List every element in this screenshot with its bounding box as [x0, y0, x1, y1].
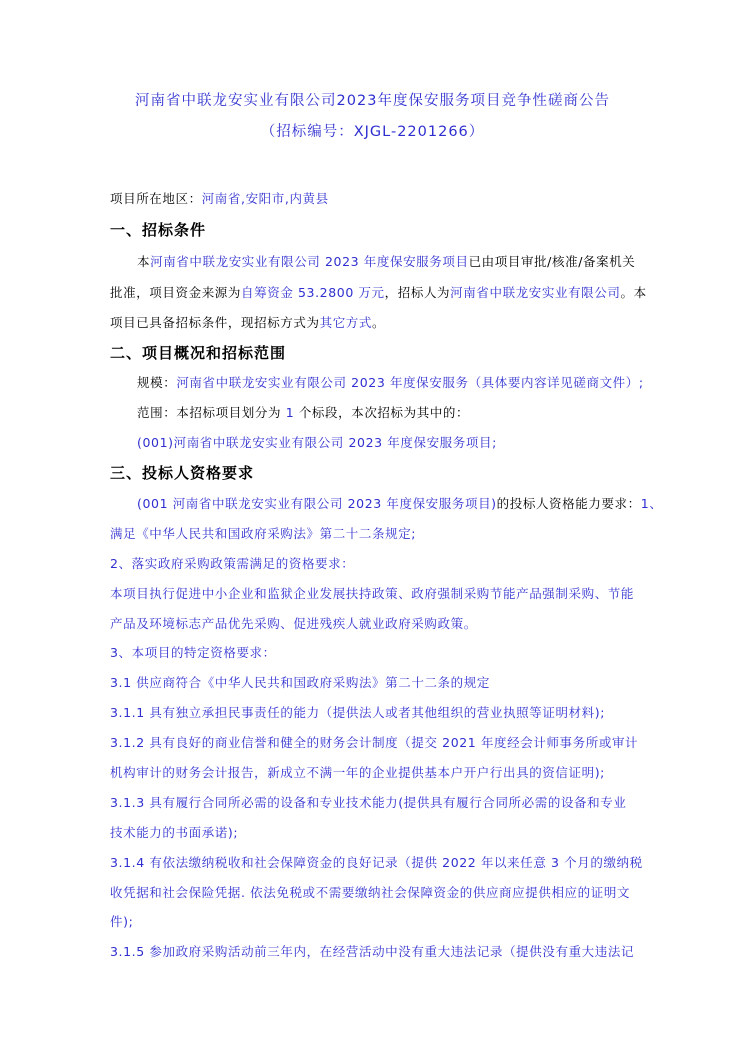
- section-2-scale: 规模：河南省中联龙安实业有限公司 2023 年度保安服务（具体要内容详见磋商文件…: [137, 373, 667, 391]
- section-3-line-2: 满足《中华人民共和国政府采购法》第二十二条规定;: [110, 524, 640, 542]
- text: 个标段，本次招标为其中的：: [294, 405, 469, 420]
- text: ，招标人为: [385, 285, 451, 300]
- text: 本: [137, 254, 150, 269]
- text: 。: [372, 315, 385, 330]
- section-3-line-11: 3.1.3 具有履行合同所必需的设备和专业技术能力(提供具有履行合同所必需的设备…: [110, 793, 640, 811]
- tender-method: 其它方式: [320, 315, 372, 330]
- section-1-line-2: 批准，项目资金来源为自筹资金 53.2800 万元，招标人为河南省中联龙安实业有…: [110, 283, 640, 301]
- text: 1、: [641, 496, 663, 511]
- section-3-line-15: 件);: [110, 912, 640, 930]
- text: 已由项目审批/核准/备案机关: [469, 254, 636, 269]
- document-page: 河南省中联龙安实业有限公司2023年度保安服务项目竞争性磋商公告 （招标编号：X…: [0, 0, 745, 1060]
- tenderer-name: 河南省中联龙安实业有限公司: [450, 285, 620, 300]
- region-label: 项目所在地区：: [110, 191, 202, 206]
- section-3-line-14: 收凭据和社会保险凭据. 依法免税或不需要缴纳社会保障资金的供应商应提供相应的证明…: [110, 883, 640, 901]
- section-3-line-6: 3、本项目的特定资格要求：: [110, 643, 640, 661]
- section-3-line-1: (001 河南省中联龙安实业有限公司 2023 年度保安服务项目)的投标人资格能…: [137, 494, 667, 512]
- section-3-line-9: 3.1.2 具有良好的商业信誉和健全的财务会计制度（提交 2021 年度经会计师…: [110, 733, 640, 751]
- section-1-line-3: 项目已具备招标条件，现招标方式为其它方式。: [110, 313, 640, 331]
- section-1-heading: 一、招标条件: [110, 219, 206, 240]
- text: 。本: [620, 285, 646, 300]
- section-3-line-4: 本项目执行促进中小企业和监狱企业发展扶持政策、政府强制采购节能产品强制采购、节能: [110, 584, 640, 602]
- text: 批准，项目资金来源为: [110, 285, 241, 300]
- lot-ref: (001 河南省中联龙安实业有限公司 2023 年度保安服务项目): [137, 496, 497, 511]
- section-2-heading: 二、项目概况和招标范围: [110, 342, 286, 363]
- text: 项目已具备招标条件，现招标方式为: [110, 315, 320, 330]
- text: 的投标人资格能力要求：: [497, 496, 641, 511]
- document-title: 河南省中联龙安实业有限公司2023年度保安服务项目竞争性磋商公告: [0, 89, 745, 110]
- section-2-scope: 范围：本招标项目划分为 1 个标段，本次招标为其中的：: [137, 403, 667, 421]
- section-3-line-8: 3.1.1 具有独立承担民事责任的能力（提供法人或者其他组织的营业执照等证明材料…: [110, 703, 640, 721]
- project-name: 河南省中联龙安实业有限公司 2023 年度保安服务项目: [150, 254, 468, 269]
- lot-name: (001)河南省中联龙安实业有限公司 2023 年度保安服务项目;: [137, 435, 497, 450]
- section-3-line-7: 3.1 供应商符合《中华人民共和国政府采购法》第二十二条的规定: [110, 673, 640, 691]
- section-3-line-5: 产品及环境标志产品优先采购、促进残疾人就业政府采购政策。: [110, 614, 640, 632]
- project-region: 项目所在地区：河南省,安阳市,内黄县: [110, 189, 640, 207]
- section-2-lot: (001)河南省中联龙安实业有限公司 2023 年度保安服务项目;: [137, 433, 667, 451]
- section-3-line-12: 技术能力的书面承诺);: [110, 823, 640, 841]
- section-3-line-13: 3.1.4 有依法缴纳税收和社会保障资金的良好记录（提供 2022 年以来任意 …: [110, 853, 640, 871]
- text: 规模：: [137, 375, 176, 390]
- lot-count: 1: [286, 405, 295, 420]
- section-1-line-1: 本河南省中联龙安实业有限公司 2023 年度保安服务项目已由项目审批/核准/备案…: [137, 252, 667, 270]
- bid-number: （招标编号：XJGL-2201266）: [0, 120, 745, 141]
- text: 范围：本招标项目划分为: [137, 405, 286, 420]
- scale-value: 河南省中联龙安实业有限公司 2023 年度保安服务（具体要内容详见磋商文件）;: [176, 375, 643, 390]
- section-3-line-10: 机构审计的财务会计报告，新成立不满一年的企业提供基本户开户行出具的资信证明);: [110, 763, 640, 781]
- region-value: 河南省,安阳市,内黄县: [202, 191, 329, 206]
- section-3-line-16: 3.1.5 参加政府采购活动前三年内，在经营活动中没有重大违法记录（提供没有重大…: [110, 942, 640, 960]
- section-3-line-3: 2、落实政府采购政策需满足的资格要求：: [110, 554, 640, 572]
- funding-source: 自筹资金 53.2800 万元: [241, 285, 385, 300]
- section-3-heading: 三、投标人资格要求: [110, 462, 254, 483]
